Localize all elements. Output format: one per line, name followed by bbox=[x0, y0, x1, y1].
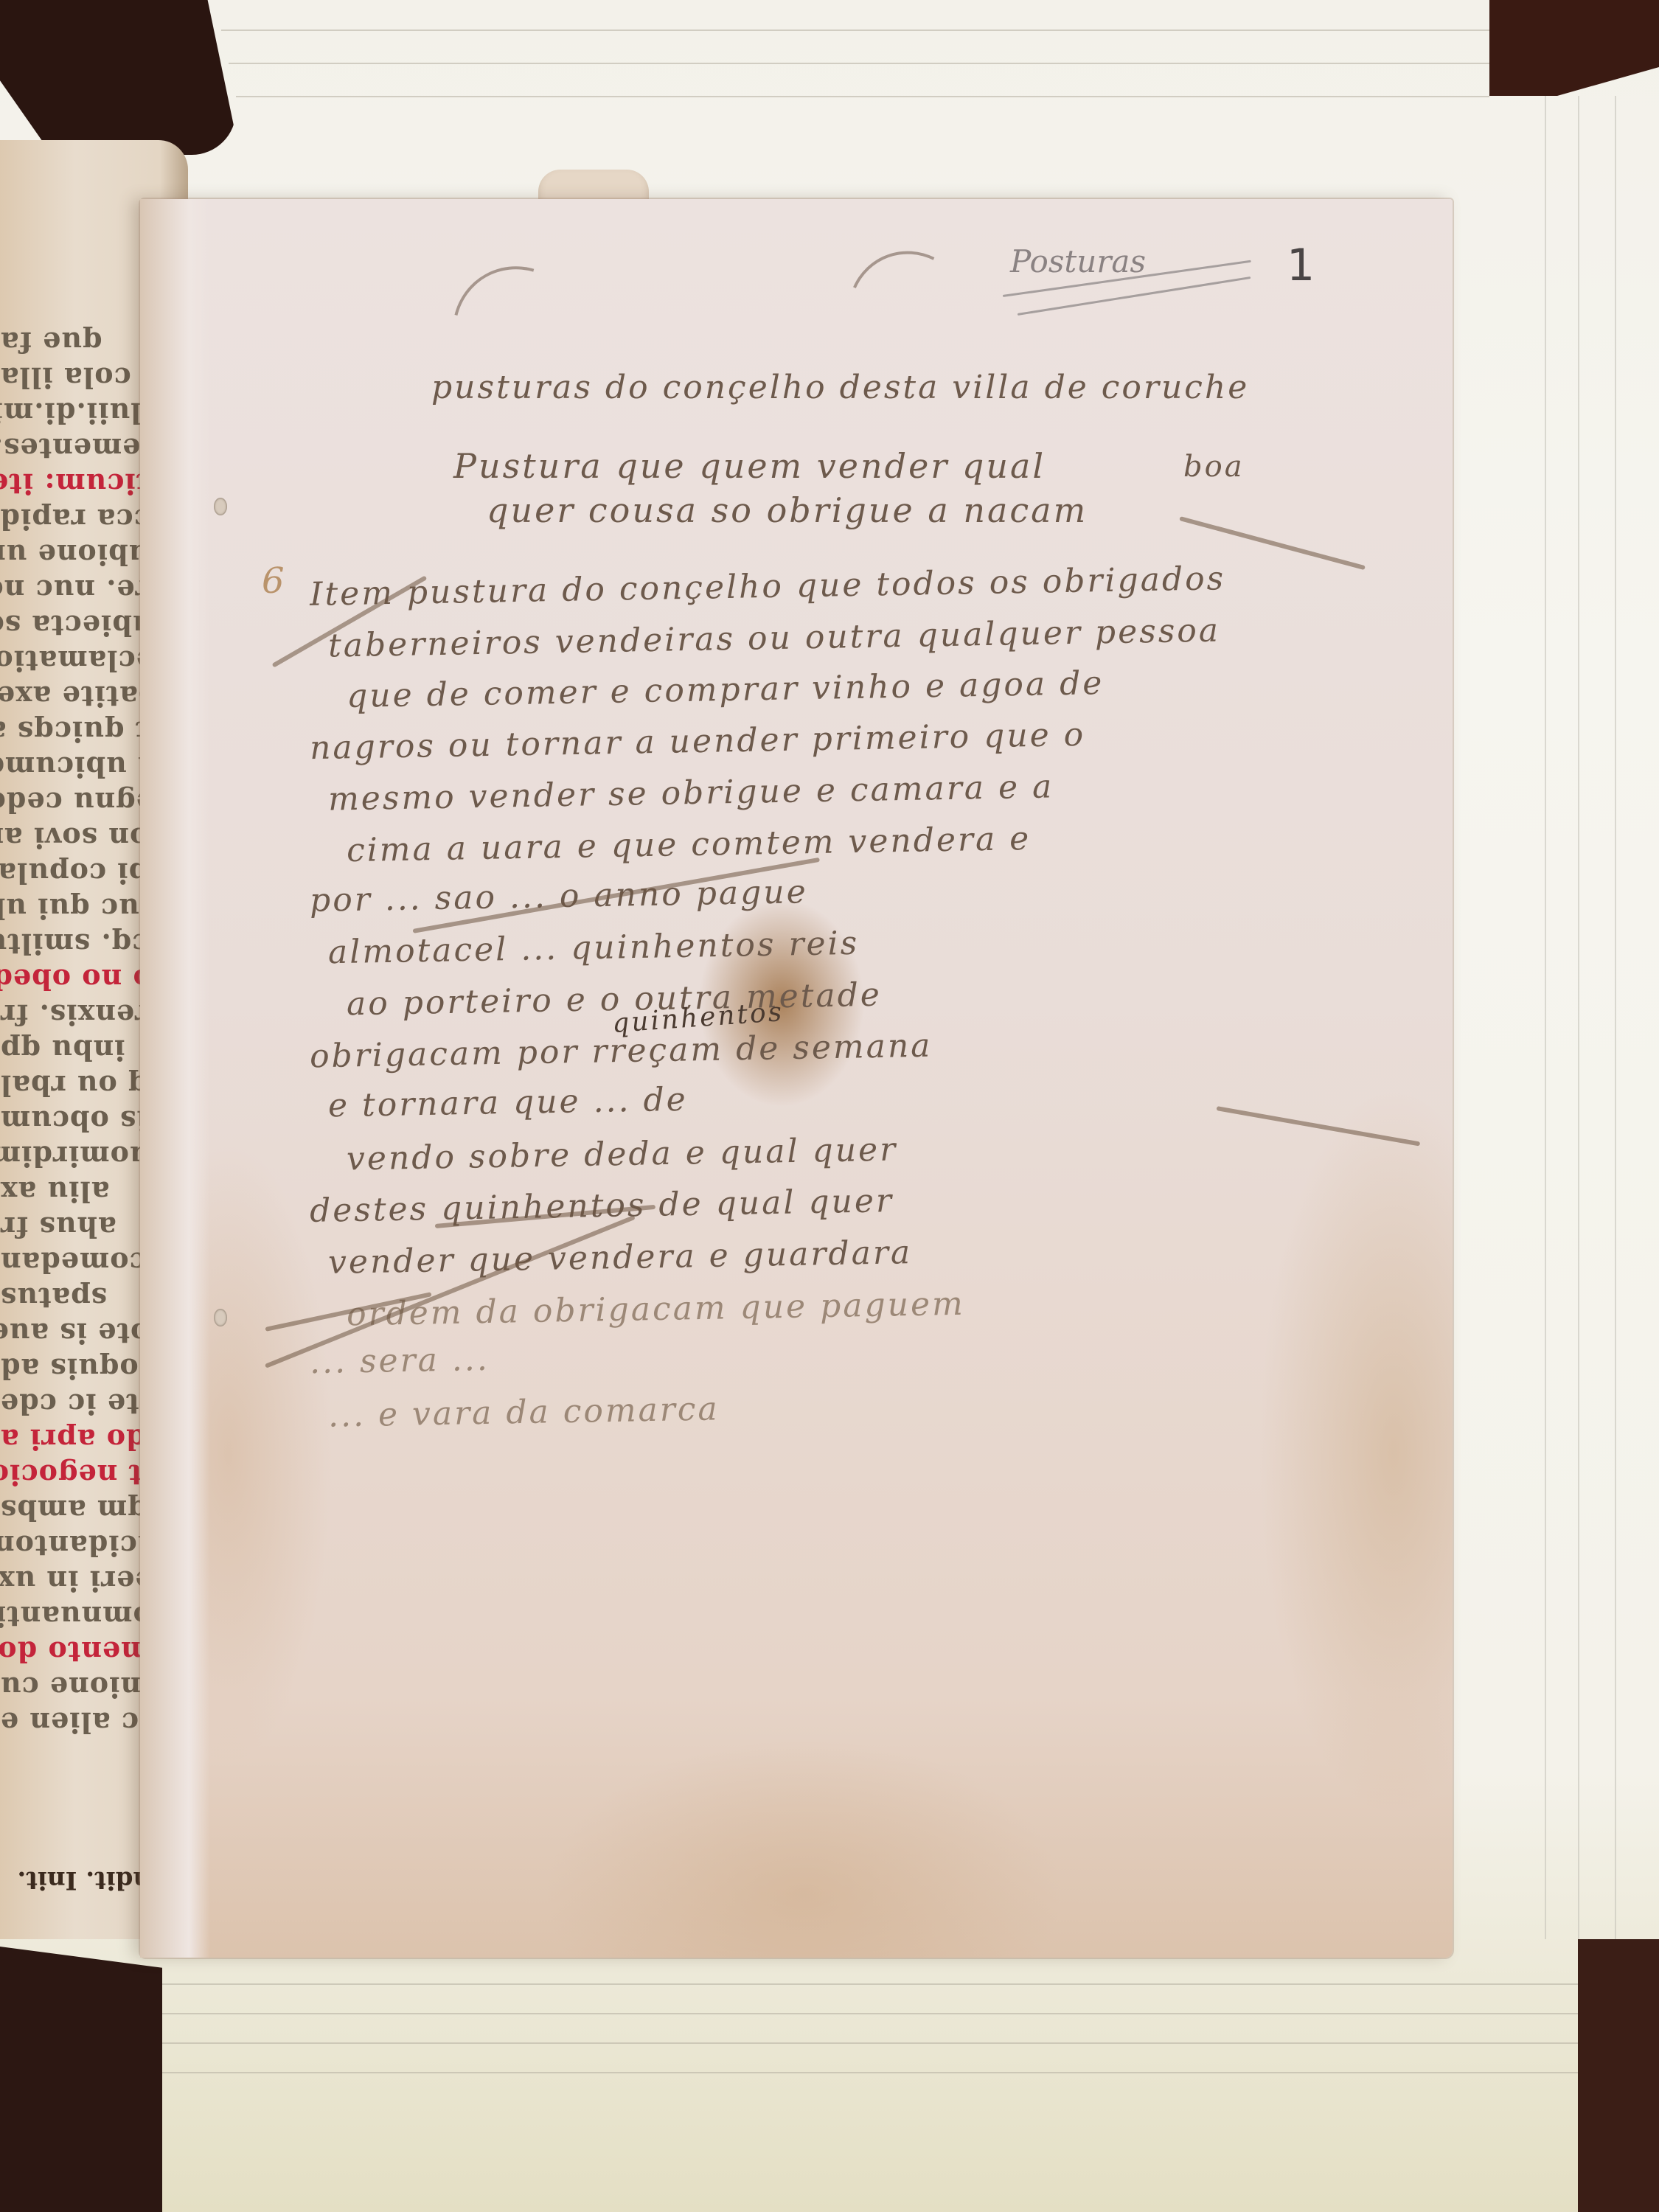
top-scribble: Posturas bbox=[1010, 243, 1146, 279]
manuscript-subheading-1: Pustura que quem vender qual bbox=[453, 446, 1046, 486]
manuscript-line: ... e vara da comarca bbox=[328, 1390, 720, 1434]
folder-step-line bbox=[236, 96, 1489, 97]
leather-cover-edge bbox=[0, 1947, 162, 2212]
folder-step-line bbox=[229, 63, 1489, 64]
margin-mark: 6 bbox=[262, 560, 285, 602]
folder-fold-line bbox=[1615, 96, 1616, 1939]
folder-step-line bbox=[147, 2042, 1578, 2044]
folder-fold-line bbox=[1545, 96, 1546, 1939]
margin-note: boa bbox=[1183, 450, 1245, 484]
folder-step-line bbox=[221, 29, 1489, 31]
manuscript-subheading-2: quer cousa so obrigue a nacam bbox=[487, 490, 1088, 530]
folder-step-line bbox=[147, 2072, 1582, 2073]
sewing-hole bbox=[214, 1309, 227, 1326]
manuscript-line: e tornara que ... de bbox=[328, 1081, 689, 1125]
folder-step-line bbox=[151, 2013, 1578, 2014]
sewing-hole bbox=[214, 498, 227, 515]
folder-step-line bbox=[155, 1983, 1578, 1985]
folio-number: 1 bbox=[1287, 240, 1315, 291]
manuscript-heading: pusturas do conçelho desta villa de coru… bbox=[431, 369, 1249, 406]
folder-fold-line bbox=[1578, 96, 1579, 1939]
leather-cover-edge bbox=[1578, 1939, 1659, 2212]
leaf-folded-edge bbox=[140, 199, 210, 1958]
manuscript-line: ... sera ... bbox=[310, 1340, 490, 1381]
